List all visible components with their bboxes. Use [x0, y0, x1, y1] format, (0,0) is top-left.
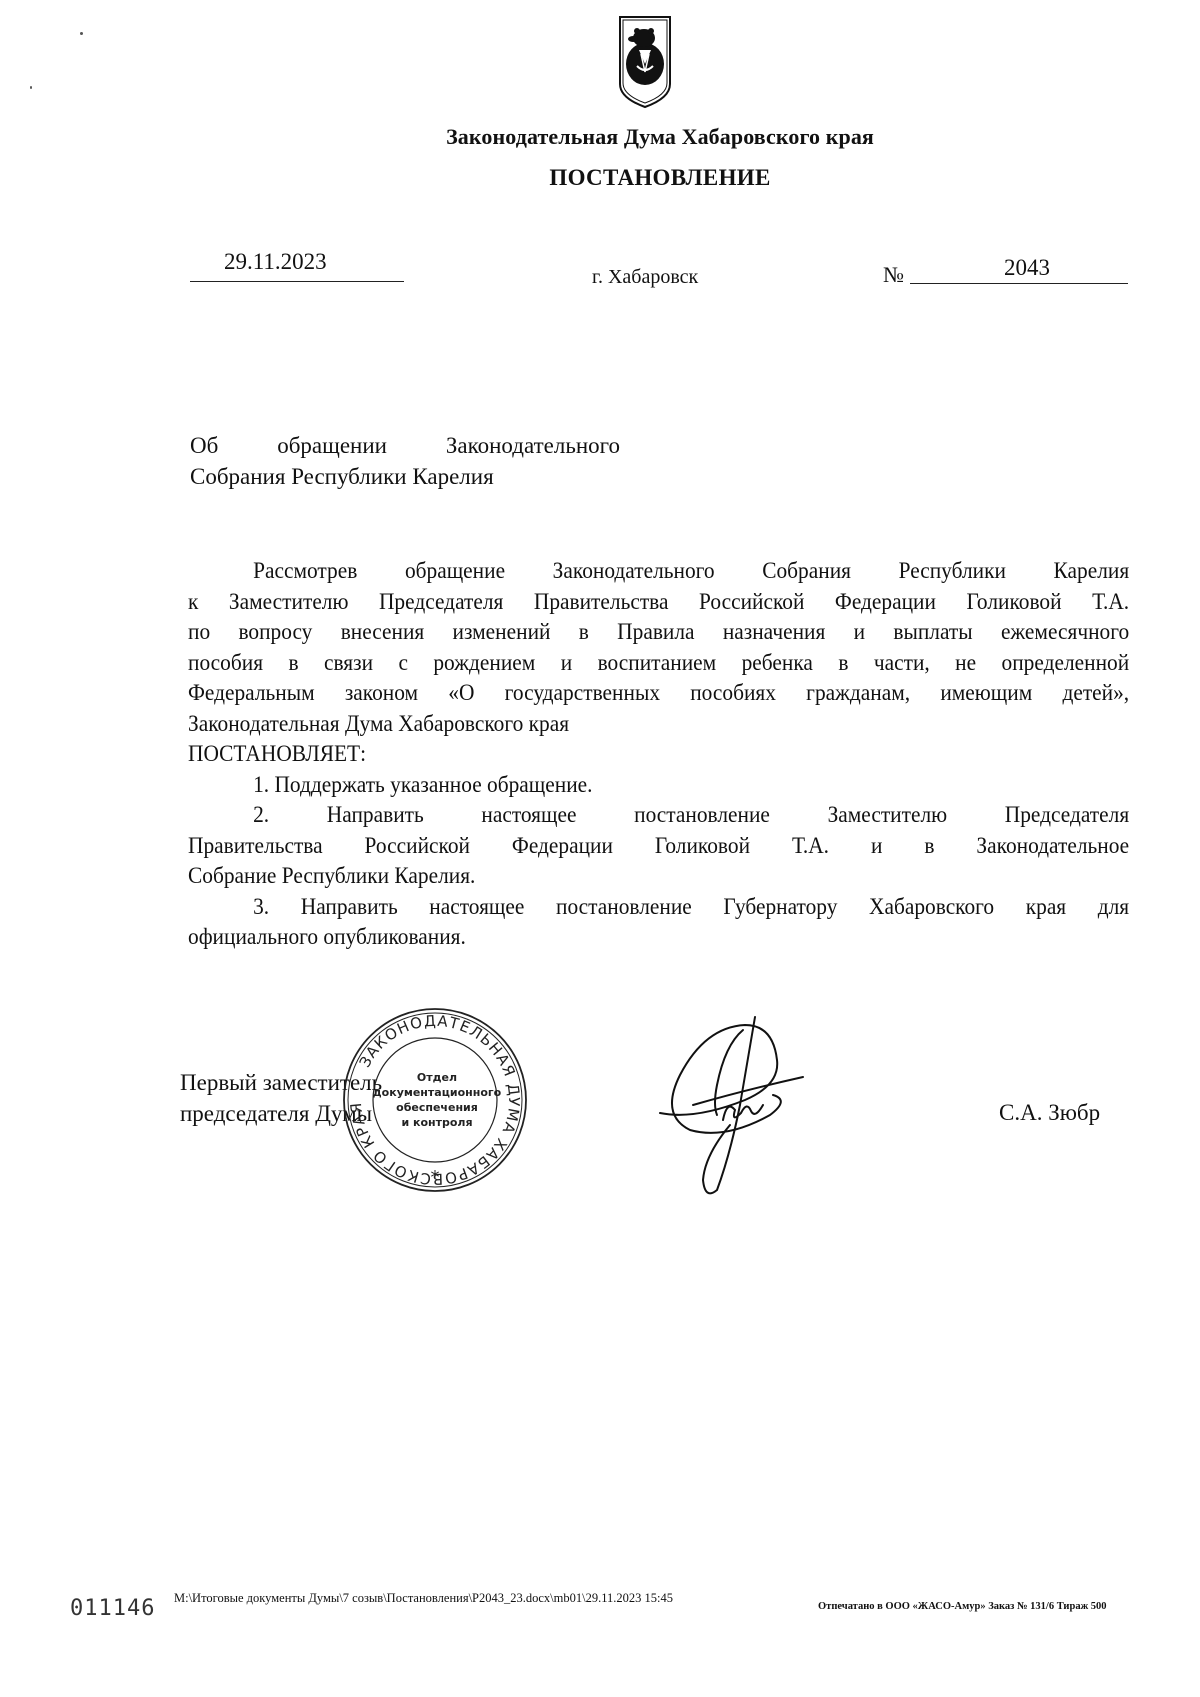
item-line: 2. Направить настоящее постановление Зам…: [188, 800, 1129, 831]
preamble-line: по вопросу внесения изменений в Правила …: [188, 617, 1129, 648]
subject-line-1: Об обращении Законодательного: [190, 430, 620, 461]
subject-word: Об: [190, 430, 218, 461]
preamble: Рассмотрев обращение Законодательного Со…: [188, 556, 1129, 739]
stamp-inner-line: обеспечения: [396, 1101, 478, 1114]
handwritten-signature: [655, 1005, 830, 1200]
number-underline: [910, 283, 1128, 284]
document-date: 29.11.2023: [224, 249, 327, 275]
organization-title: Законодательная Дума Хабаровского края: [0, 124, 1200, 150]
preamble-line: Рассмотрев обращение Законодательного Со…: [188, 556, 1129, 587]
subject-word: обращении: [277, 430, 387, 461]
resolution-item-2: 2. Направить настоящее постановление Зам…: [188, 800, 1129, 892]
footer-serial-number: 011146: [70, 1596, 155, 1621]
item-line: 1. Поддержать указанное обращение.: [188, 770, 1129, 801]
preamble-line: Законодательная Дума Хабаровского края: [188, 709, 1129, 740]
subject-word: Законодательного: [446, 430, 620, 461]
footer-printer-info: Отпечатано в ООО «ЖАСО-Амур» Заказ № 131…: [818, 1601, 1107, 1612]
item-line: Собрание Республики Карелия.: [188, 861, 1129, 892]
document-city: г. Хабаровск: [592, 266, 698, 289]
resolves-heading: ПОСТАНОВЛЯЕТ:: [188, 739, 1129, 770]
document-number: 2043: [1004, 255, 1050, 281]
resolution-item-3: 3. Направить настоящее постановление Губ…: [188, 892, 1129, 953]
stamp-inner-line: Отдел: [417, 1071, 457, 1084]
resolution-item-1: 1. Поддержать указанное обращение.: [188, 770, 1129, 801]
stamp-star: *: [431, 1167, 440, 1188]
scan-speck: [80, 32, 83, 35]
stamp-inner-line: и контроля: [401, 1116, 472, 1129]
document-subject: Об обращении Законодательного Собрания Р…: [190, 430, 620, 492]
subject-line-2: Собрания Республики Карелия: [190, 461, 620, 492]
preamble-line: пособия в связи с рождением и воспитание…: [188, 648, 1129, 679]
signer-name: С.А. Зюбр: [999, 1100, 1100, 1126]
scan-speck: [30, 86, 32, 89]
footer-file-path: M:\Итоговые документы Думы\7 созыв\Поста…: [174, 1591, 673, 1606]
stamp-inner-line: документационного: [373, 1086, 502, 1099]
document-body: Рассмотрев обращение Законодательного Со…: [188, 556, 1129, 953]
coat-of-arms-icon: [617, 14, 673, 110]
item-line: официального опубликования.: [188, 922, 1129, 953]
item-line: 3. Направить настоящее постановление Губ…: [188, 892, 1129, 923]
date-underline: [190, 281, 404, 282]
official-stamp: ЗАКОНОДАТЕЛЬНАЯ ДУМА ХАБАРОВСКОГО КРАЯ О…: [340, 1005, 530, 1195]
preamble-line: к Заместителю Председателя Правительства…: [188, 587, 1129, 618]
document-type-title: ПОСТАНОВЛЕНИЕ: [0, 165, 1200, 191]
preamble-line: Федеральным законом «О государственных п…: [188, 678, 1129, 709]
number-sign: №: [883, 262, 904, 288]
item-line: Правительства Российской Федерации Голик…: [188, 831, 1129, 862]
